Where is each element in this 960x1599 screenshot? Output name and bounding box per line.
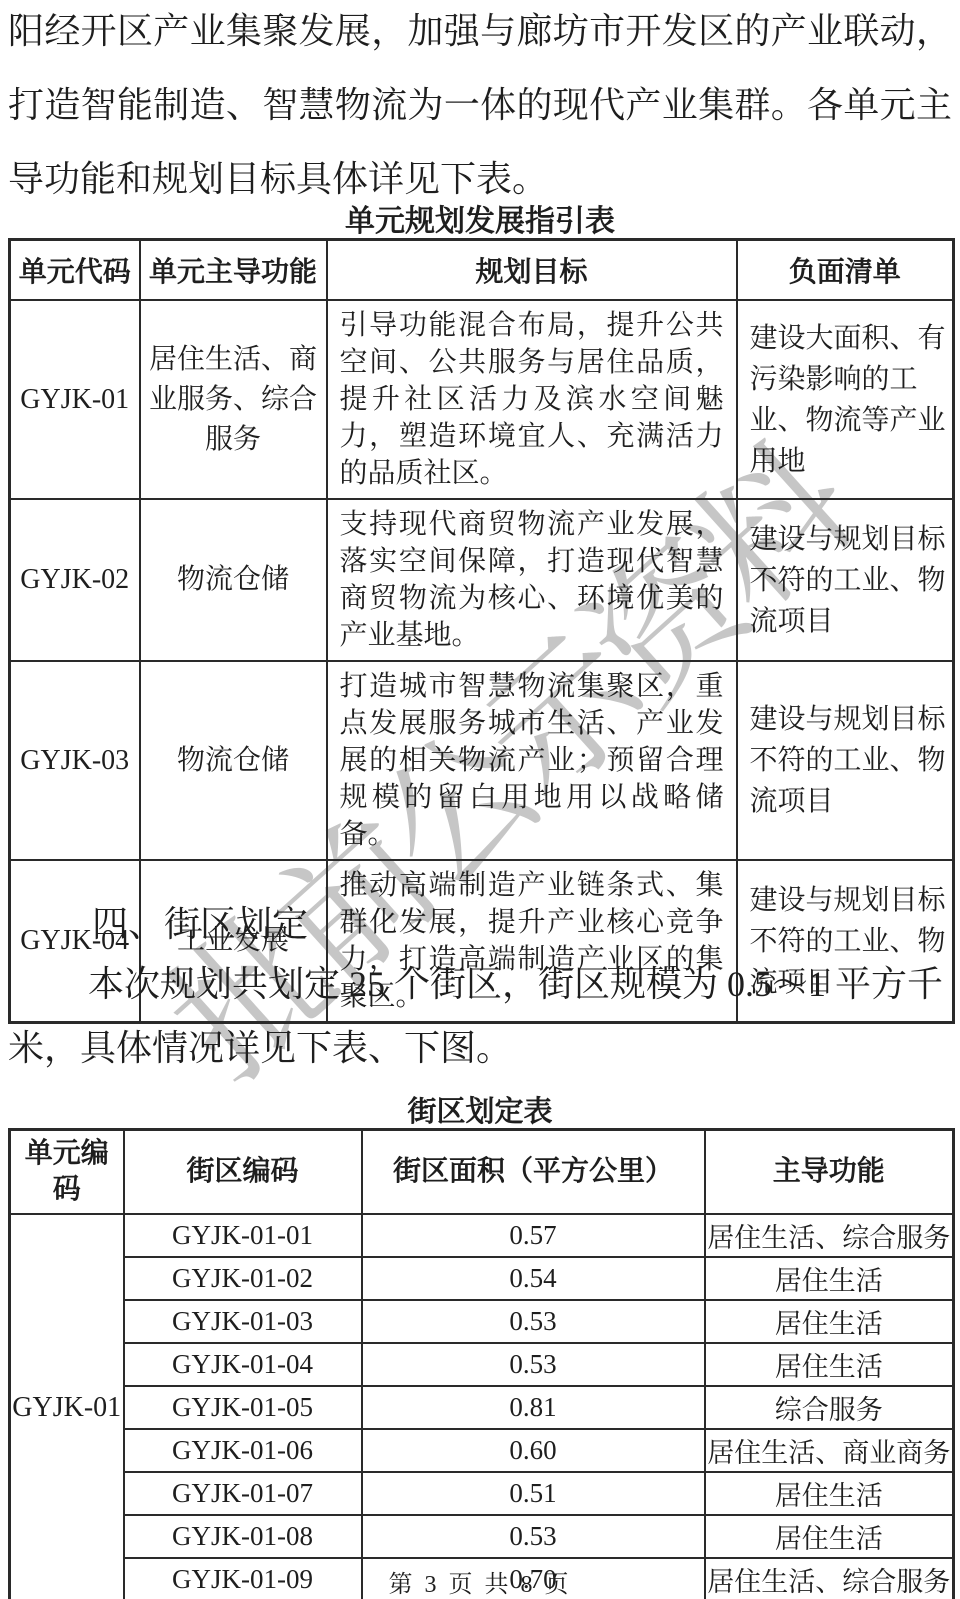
unit-guide-table-title: 单元规划发展指引表 [0, 196, 960, 240]
block-function-cell: 综合服务 [705, 1386, 954, 1429]
block-function-cell: 居住生活 [705, 1515, 954, 1558]
block-area-cell: 0.53 [362, 1343, 705, 1386]
section-paragraph-line1: 本次规划共划定 25 个街区，街区规模为 0.5～1 平方千 [88, 956, 943, 1007]
block-area-cell: 0.81 [362, 1386, 705, 1429]
block-code-cell: GYJK-01-07 [124, 1472, 362, 1515]
unit-code-cell: GYJK-03 [10, 661, 140, 860]
table-row: GYJK-03 物流仓储 打造城市智慧物流集聚区，重点发展服务城市生活、产业发展… [10, 661, 954, 860]
block-function-cell: 居住生活 [705, 1343, 954, 1386]
block-code-cell: GYJK-01-08 [124, 1515, 362, 1558]
table-row: GYJK-02 物流仓储 支持现代商贸物流产业发展，落实空间保障，打造现代智慧商… [10, 499, 954, 661]
unit-guide-header-row: 单元代码 单元主导功能 规划目标 负面清单 [10, 240, 954, 301]
header-unit-code: 单元代码 [10, 240, 140, 301]
header-planning-goal: 规划目标 [327, 240, 737, 301]
block-area-cell: 0.57 [362, 1214, 705, 1257]
table-row: GYJK-01 GYJK-01-01 0.57 居住生活、综合服务 [10, 1214, 954, 1257]
header-negative-list: 负面清单 [737, 240, 954, 301]
section-paragraph-line2: 米，具体情况详见下表、下图。 [8, 1020, 512, 1071]
planning-goal-cell: 支持现代商贸物流产业发展，落实空间保障，打造现代智慧商贸物流为核心、环境优美的产… [327, 499, 737, 661]
section-heading: 四、街区划定 [92, 896, 308, 947]
header-dominant-function: 主导功能 [705, 1130, 954, 1215]
block-function-cell: 居住生活、综合服务 [705, 1214, 954, 1257]
block-area-cell: 0.53 [362, 1515, 705, 1558]
unit-code-cell: GYJK-01 [10, 300, 140, 499]
block-code-cell: GYJK-01-04 [124, 1343, 362, 1386]
header-block-code: 街区编码 [124, 1130, 362, 1215]
block-table-title: 街区划定表 [0, 1089, 960, 1130]
block-delineation-table: 单元编码 街区编码 街区面积（平方公里） 主导功能 GYJK-01 GYJK-0… [8, 1128, 955, 1599]
table-row: GYJK-01-08 0.53 居住生活 [10, 1515, 954, 1558]
document-page: 阳经开区产业集聚发展，加强与廊坊市开发区的产业联动，打造智能制造、智慧物流为一体… [0, 0, 960, 1599]
table-row: GYJK-01-03 0.53 居住生活 [10, 1300, 954, 1343]
unit-code-span-cell: GYJK-01 [10, 1214, 124, 1599]
block-area-cell: 0.54 [362, 1257, 705, 1300]
unit-function-cell: 物流仓储 [140, 661, 327, 860]
block-code-cell: GYJK-01-03 [124, 1300, 362, 1343]
block-function-cell: 居住生活、商业商务 [705, 1429, 954, 1472]
intro-paragraph: 阳经开区产业集聚发展，加强与廊坊市开发区的产业联动，打造智能制造、智慧物流为一体… [8, 0, 952, 216]
block-function-cell: 居住生活 [705, 1300, 954, 1343]
block-function-cell: 居住生活 [705, 1472, 954, 1515]
block-code-cell: GYJK-01-02 [124, 1257, 362, 1300]
header-unit-function: 单元主导功能 [140, 240, 327, 301]
page-footer: 第 3 页 共 8 页 [0, 1564, 960, 1599]
block-area-cell: 0.60 [362, 1429, 705, 1472]
table-row: GYJK-01-02 0.54 居住生活 [10, 1257, 954, 1300]
unit-code-cell: GYJK-02 [10, 499, 140, 661]
block-table-header-row: 单元编码 街区编码 街区面积（平方公里） 主导功能 [10, 1130, 954, 1215]
block-code-cell: GYJK-01-01 [124, 1214, 362, 1257]
header-unit-code: 单元编码 [10, 1130, 124, 1215]
unit-function-cell: 居住生活、商业服务、综合服务 [140, 300, 327, 499]
block-function-cell: 居住生活 [705, 1257, 954, 1300]
negative-list-cell: 建设与规划目标不符的工业、物流项目 [737, 499, 954, 661]
negative-list-cell: 建设与规划目标不符的工业、物流项目 [737, 661, 954, 860]
unit-function-cell: 物流仓储 [140, 499, 327, 661]
table-row: GYJK-01-07 0.51 居住生活 [10, 1472, 954, 1515]
header-block-area: 街区面积（平方公里） [362, 1130, 705, 1215]
table-row: GYJK-01-05 0.81 综合服务 [10, 1386, 954, 1429]
block-area-cell: 0.51 [362, 1472, 705, 1515]
block-area-cell: 0.53 [362, 1300, 705, 1343]
block-code-cell: GYJK-01-06 [124, 1429, 362, 1472]
negative-list-cell: 建设大面积、有污染影响的工业、物流等产业用地 [737, 300, 954, 499]
table-row: GYJK-01-04 0.53 居住生活 [10, 1343, 954, 1386]
planning-goal-cell: 打造城市智慧物流集聚区，重点发展服务城市生活、产业发展的相关物流产业；预留合理规… [327, 661, 737, 860]
planning-goal-cell: 引导功能混合布局，提升公共空间、公共服务与居住品质，提升社区活力及滨水空间魅力，… [327, 300, 737, 499]
block-code-cell: GYJK-01-05 [124, 1386, 362, 1429]
table-row: GYJK-01-06 0.60 居住生活、商业商务 [10, 1429, 954, 1472]
table-row: GYJK-01 居住生活、商业服务、综合服务 引导功能混合布局，提升公共空间、公… [10, 300, 954, 499]
